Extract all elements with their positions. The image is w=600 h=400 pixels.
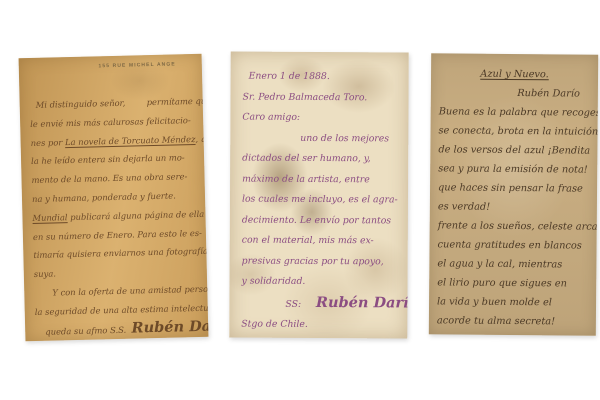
letter-1: 155 RUE MICHEL ANGE Mi distinguido señor… bbox=[19, 54, 209, 341]
manuscript-line: con el material, mis más ex- bbox=[242, 231, 402, 252]
manuscript-line: la vida y buen molde el bbox=[437, 292, 588, 312]
manuscript-line: sea y pura la emisión de nota! bbox=[438, 159, 589, 179]
letters-photo: 155 RUE MICHEL ANGE Mi distinguido señor… bbox=[0, 0, 600, 400]
manuscript-line: Caro amigo: bbox=[242, 108, 402, 129]
manuscript-line: decimiento. Le envío por tantos bbox=[242, 210, 402, 231]
letter-1-body: Mi distinguido señor, permítame quele en… bbox=[19, 54, 209, 341]
manuscript-line: queda su afmo S.S. Rubén Darío bbox=[35, 317, 200, 341]
manuscript-line: SS: Rubén Darío bbox=[241, 292, 401, 315]
signature-text: Rubén Darío bbox=[316, 293, 409, 311]
letter-2-body: Enero 1 de 1888.Sr. Pedro Balmaceda Toro… bbox=[229, 52, 408, 336]
manuscript-line: Stgo de Chile. bbox=[241, 315, 401, 336]
manuscript-line: y solidaridad. bbox=[241, 272, 401, 293]
manuscript-line: uno de los mejores bbox=[242, 128, 402, 149]
letter-2: Enero 1 de 1888.Sr. Pedro Balmaceda Toro… bbox=[229, 52, 408, 339]
manuscript-line: Rubén Darío bbox=[439, 83, 590, 103]
manuscript-line: máximo de la artista, entre bbox=[242, 169, 402, 190]
manuscript-line: el lirio puro que sigues en bbox=[437, 273, 588, 293]
signature-text: Rubén Darío bbox=[131, 317, 208, 336]
manuscript-line: Azul y Nuevo. bbox=[439, 64, 590, 84]
manuscript-line: cuenta gratitudes en blancos bbox=[437, 235, 588, 255]
manuscript-line: frente a los sueños, celeste arca bbox=[438, 216, 589, 236]
manuscript-line: se conecta, brota en la intuición bbox=[438, 121, 589, 141]
manuscript-line: acorde tu alma secreta! bbox=[437, 311, 588, 331]
manuscript-line: Enero 1 de 1888. bbox=[243, 67, 403, 88]
manuscript-line: que haces sin pensar la frase bbox=[438, 178, 589, 198]
manuscript-line: presivas gracias por tu apoyo, bbox=[242, 251, 402, 272]
manuscript-line: Sr. Pedro Balmaceda Toro. bbox=[242, 87, 402, 108]
manuscript-line: los cuales me incluyo, es el agra- bbox=[242, 190, 402, 211]
manuscript-line: de los versos del azul ¡Bendita bbox=[438, 140, 589, 160]
manuscript-line: es verdad! bbox=[438, 197, 589, 217]
letter-3: Azul y Nuevo.Rubén DaríoBuena es la pala… bbox=[429, 53, 598, 335]
manuscript-line: el agua y la cal, mientras bbox=[437, 254, 588, 274]
manuscript-line: dictados del ser humano, y, bbox=[242, 149, 402, 170]
manuscript-line: Buena es la palabra que recoges bbox=[439, 102, 590, 122]
letter-3-body: Azul y Nuevo.Rubén DaríoBuena es la pala… bbox=[429, 53, 598, 331]
